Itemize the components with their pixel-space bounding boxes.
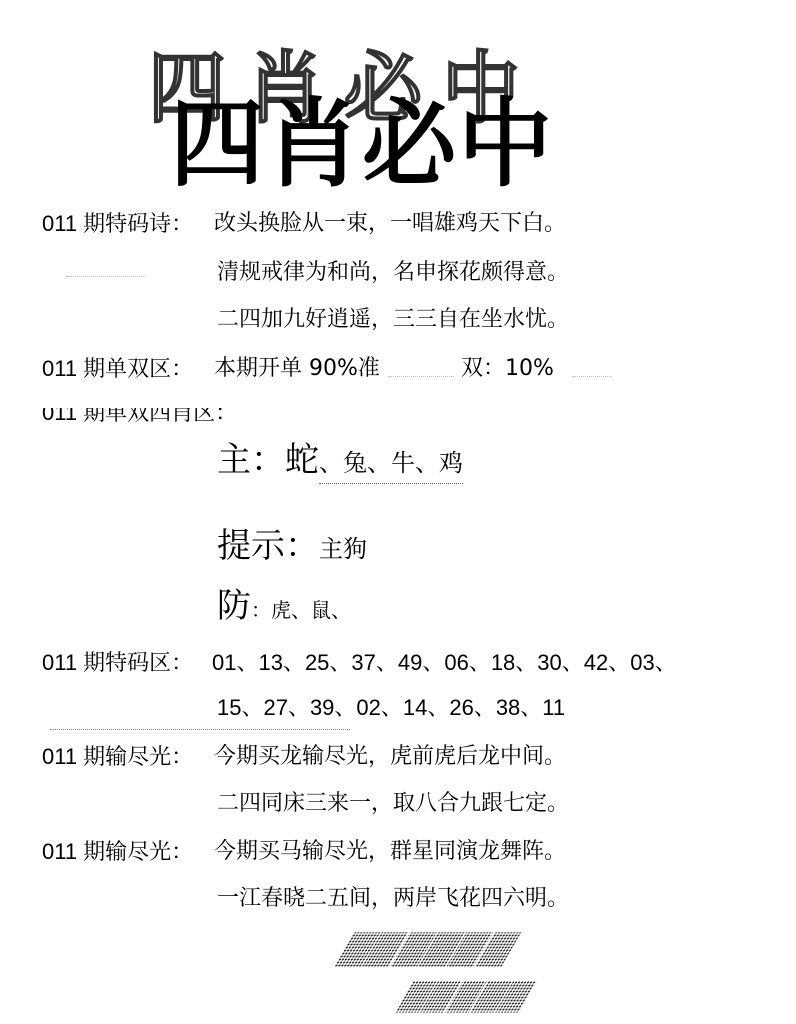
scan-artifact [50,729,350,730]
guard-row: 防：虎、鼠、 [217,586,351,631]
scan-artifact [388,376,454,377]
main-pick-row: 主：蛇、兔、牛、鸡 [217,440,463,485]
lose-all-2-label: 011 期输尽光： [42,838,193,866]
hint-label: 提示： [217,526,319,566]
odd-even-label: 011 期单双区： [42,355,193,383]
odd-even-text-b: 双：10% [461,355,554,383]
title-main-text: 四肖必中 [170,68,554,205]
scan-artifact [572,376,612,377]
poem-label: 011 期特码诗： [42,210,193,238]
lose-all-1-line-2: 二四同床三来一，取八合九跟七定。 [217,790,569,818]
page-title: 四肖必中 四肖必中 [140,18,600,178]
special-codes-label: 011 期特码区： [42,649,193,677]
lose-all-2-line-2: 一江春晓二五间，两岸飞花四六明。 [217,885,569,913]
special-codes-line-2: 15、27、39、02、14、26、38、11 [217,694,565,722]
poem-line-2: 清规戒律为和尚，名申探花颇得意。 [217,259,569,287]
hint-row: 提示：主狗 [217,526,367,571]
odd-even-text-a: 本期开单 90%准 [214,355,380,383]
lose-all-2-line-1: 今期买马输尽光，群星同演龙舞阵。 [214,838,566,866]
hint-value: 主狗 [319,535,367,563]
guard-value: ：虎、鼠、 [251,598,351,622]
lose-all-1-line-1: 今期买龙输尽光，虎前虎后龙中间。 [214,743,566,771]
main-pick-rest: 、兔、牛、鸡 [319,449,463,484]
guard-label: 防 [217,586,251,626]
poem-line-3: 二四加九好逍遥，三三自在坐水忧。 [217,306,569,334]
main-pick-first: 蛇 [285,440,319,480]
footer-halftone-stamp: ▇▇▇▇▇▇ ▇▇▇▇▇ [335,928,605,1018]
main-pick-label: 主： [217,440,285,480]
stamp-row-2: ▇▇▇▇▇ [395,978,541,1013]
odd-even-zodiac-label: 011 期单双四肖区： [42,399,237,427]
scan-artifact [66,276,146,277]
lose-all-1-label: 011 期输尽光： [42,743,193,771]
special-codes-line-1: 01、13、25、37、49、06、18、30、42、03、 [212,649,677,677]
poem-line-1: 改头换脸从一束，一唱雄鸡天下白。 [214,210,566,238]
stamp-row-1: ▇▇▇▇▇▇ [333,928,525,968]
